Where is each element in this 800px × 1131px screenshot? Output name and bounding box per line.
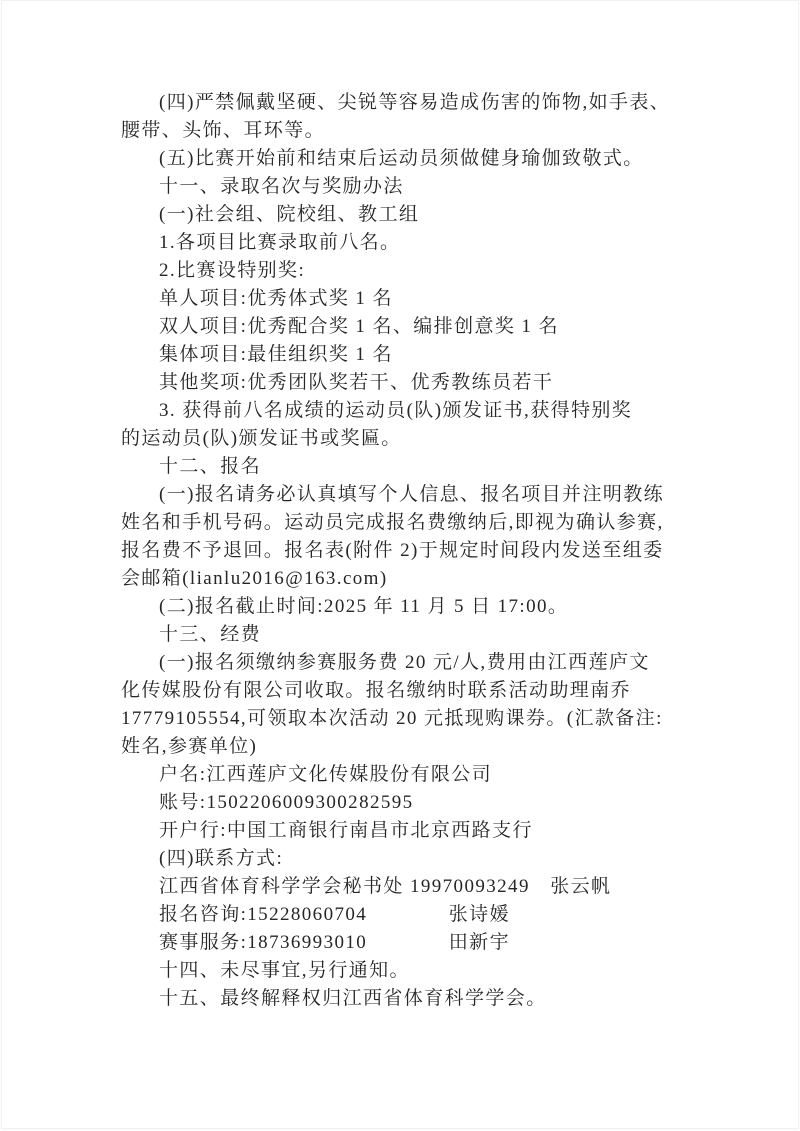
text-line: 姓名和手机号码。运动员完成报名费缴纳后,即视为确认参赛, (121, 509, 687, 537)
text-line: 十五、最终解释权归江西省体育科学学会。 (121, 985, 687, 1013)
text-line: 集体项目:最佳组织奖 1 名 (121, 341, 687, 369)
text-line: 单人项目:优秀体式奖 1 名 (121, 285, 687, 313)
text-line: 十四、未尽事宜,另行通知。 (121, 957, 687, 985)
text-line: 3. 获得前八名成绩的运动员(队)颁发证书,获得特别奖 (121, 397, 687, 425)
text-line: (一)社会组、院校组、教工组 (121, 201, 687, 229)
text-line: 2.比赛设特别奖: (121, 257, 687, 285)
document-body: (四)严禁佩戴坚硬、尖锐等容易造成伤害的饰物,如手表、腰带、头饰、耳环等。(五)… (121, 89, 687, 1013)
text-line: 1.各项目比赛录取前八名。 (121, 229, 687, 257)
text-line: 会邮箱(lianlu2016@163.com) (121, 565, 687, 593)
text-line: 报名咨询:15228060704 张诗媛 (121, 901, 687, 929)
text-line: 化传媒股份有限公司收取。报名缴纳时联系活动助理南乔 (121, 677, 687, 705)
text-line: 账号:1502206009300282595 (121, 789, 687, 817)
text-line: (四)联系方式: (121, 845, 687, 873)
text-line: (一)报名请务必认真填写个人信息、报名项目并注明教练 (121, 481, 687, 509)
text-line: 赛事服务:18736993010 田新宇 (121, 929, 687, 957)
text-line: 姓名,参赛单位) (121, 733, 687, 761)
text-line: 十二、报名 (121, 453, 687, 481)
text-line: 十三、经费 (121, 621, 687, 649)
text-line: 的运动员(队)颁发证书或奖匾。 (121, 425, 687, 453)
text-line: (一)报名须缴纳参赛服务费 20 元/人,费用由江西莲庐文 (121, 649, 687, 677)
text-line: 报名费不予退回。报名表(附件 2)于规定时间段内发送至组委 (121, 537, 687, 565)
text-line: 江西省体育科学学会秘书处 19970093249 张云帆 (121, 873, 687, 901)
text-line: (四)严禁佩戴坚硬、尖锐等容易造成伤害的饰物,如手表、 (121, 89, 687, 117)
text-line: 户名:江西莲庐文化传媒股份有限公司 (121, 761, 687, 789)
text-line: 17779105554,可领取本次活动 20 元抵现购课券。(汇款备注: (121, 705, 687, 733)
document-page: (四)严禁佩戴坚硬、尖锐等容易造成伤害的饰物,如手表、腰带、头饰、耳环等。(五)… (1, 0, 799, 1129)
text-line: 十一、录取名次与奖励办法 (121, 173, 687, 201)
text-line: (五)比赛开始前和结束后运动员须做健身瑜伽致敬式。 (121, 145, 687, 173)
text-line: 双人项目:优秀配合奖 1 名、编排创意奖 1 名 (121, 313, 687, 341)
text-line: 其他奖项:优秀团队奖若干、优秀教练员若干 (121, 369, 687, 397)
text-line: (二)报名截止时间:2025 年 11 月 5 日 17:00。 (121, 593, 687, 621)
text-line: 开户行:中国工商银行南昌市北京西路支行 (121, 817, 687, 845)
text-line: 腰带、头饰、耳环等。 (121, 117, 687, 145)
